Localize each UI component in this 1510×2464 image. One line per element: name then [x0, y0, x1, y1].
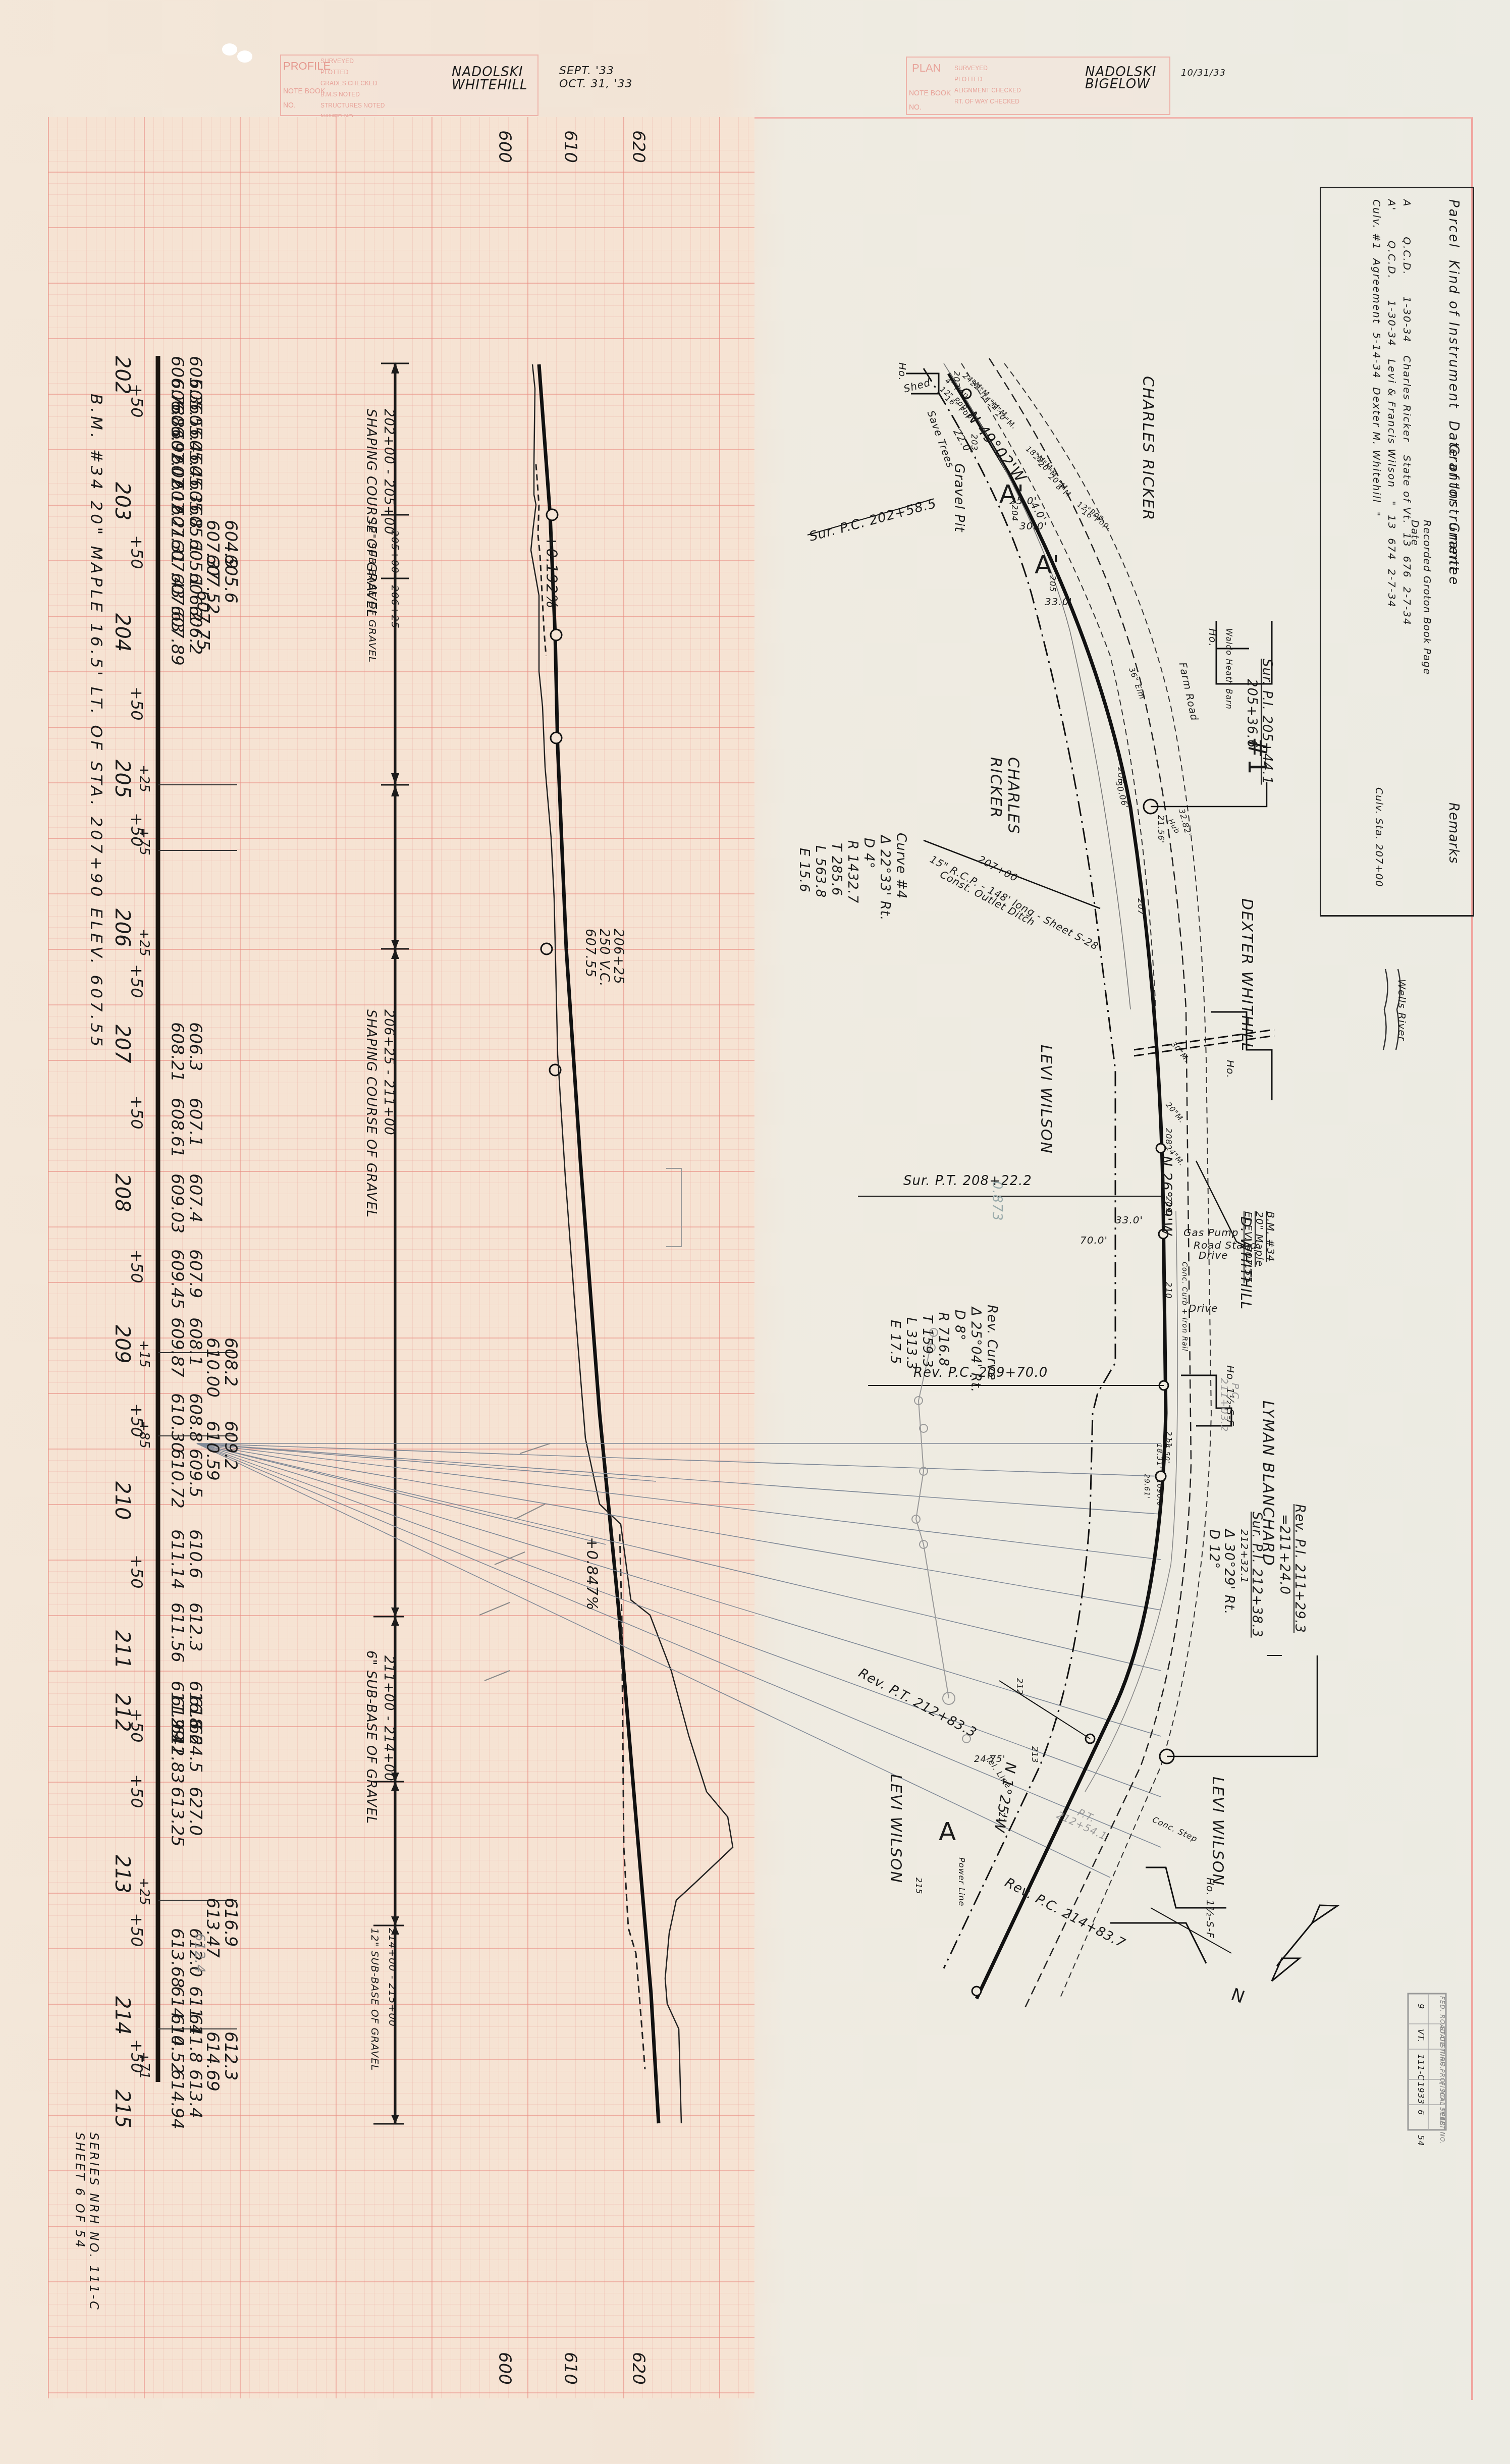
curve-4-radius: R 1432.7 [845, 840, 860, 903]
river-bank [1383, 969, 1388, 1050]
centerline-station: 208 [1164, 1128, 1173, 1145]
sur-pi-2-leader [1167, 1655, 1317, 1756]
centerline-station: 206 [1116, 767, 1125, 784]
river-label: Wells River [1396, 979, 1408, 1041]
offset-label: 21.56' [1156, 815, 1166, 843]
sur-pi-sub: 205+36.6 [1244, 679, 1259, 748]
rev-pt-leader [999, 1681, 1090, 1739]
plan-view [0, 0, 1510, 2464]
curve-4-external: E 15.6 [796, 848, 812, 893]
pencil-control-circles [912, 1328, 970, 1743]
sur-pi-2-sub: 212+32.1 [1238, 1529, 1251, 1583]
bm-plan-line2: 20" Maple [1254, 1211, 1266, 1267]
centerline-station: 205 [1048, 575, 1057, 593]
offset-label: 70.0' [1080, 1234, 1108, 1246]
owner-label: LEVI WILSON [1209, 1777, 1226, 1886]
offset-label: 29.61' [1143, 1474, 1151, 1499]
centerline-station: 214 [997, 1812, 1007, 1829]
rev-pi-sub: =211+24.0 [1277, 1514, 1292, 1595]
centerline-station: 215 [914, 1878, 924, 1895]
offset-label: 30.0' [1019, 520, 1047, 532]
sur-pt-label: Sur. P.T. 208+22.2 [903, 1173, 1032, 1189]
north-arrow-icon [1272, 1905, 1337, 1981]
fed-block-header: STATE [1439, 2026, 1446, 2047]
gravel-pit-label: Gravel Pit [951, 463, 966, 532]
fed-block-header: SHEET NO. [1439, 2107, 1446, 2145]
house-label: Ho. [1207, 628, 1219, 647]
owner-label: DEXTER WHITHILL [1238, 898, 1256, 1052]
curve-4-degree: D 4° [861, 838, 876, 869]
gas-pump-label: Gas Pump [1183, 1226, 1238, 1239]
pencil-pc-label: P.C. [1229, 1383, 1242, 1403]
rev-pi-label: Rev. P.I. 211+29.3 [1292, 1504, 1307, 1633]
bm-plan-line3: ELEV. 607.55 [1243, 1211, 1255, 1283]
pencil-pc-sub: 211+03.2 [1218, 1378, 1230, 1432]
fed-block-value: 111-C [1416, 2054, 1426, 2080]
fed-block-value: 54 [1416, 2135, 1426, 2146]
fed-block-value: 1933 [1416, 2082, 1426, 2105]
house-label: Ho. 1½-S-F [1204, 1878, 1216, 1939]
centerline-station: 204 [1010, 505, 1019, 522]
centerline-station: 202 [952, 371, 961, 388]
power-line-label: Power Line [957, 1857, 966, 1906]
curve-4-title: Curve #4 [893, 833, 908, 899]
offset-label: 1090.0' [1155, 1479, 1163, 1509]
owner-label: CHARLES RICKER [987, 757, 1022, 777]
fed-block-value: 9 [1416, 2004, 1426, 2009]
curve-4-delta: Δ 22°33' Rt. [877, 835, 892, 921]
sur-pi-label: Sur. P.I. 205+44.1 [1259, 659, 1274, 785]
centerline-station: 207 [1136, 898, 1146, 916]
curve-4-length: L 563.8 [813, 845, 828, 898]
parcel-label: A [939, 1817, 956, 1846]
sur-pi-2-label: Sur. P.I. 212+38.3 [1249, 1512, 1264, 1638]
owner-label: LEVI WILSON [1037, 1045, 1055, 1154]
curb-label: Conc. Curb + Iron Rail [1180, 1262, 1189, 1352]
bm-plan-line1: B.M. #34 [1265, 1211, 1277, 1262]
centerline-station: 210 [1164, 1282, 1173, 1299]
drive-label: Drive [1199, 1249, 1228, 1261]
curve-4-tangent: T 285.6 [829, 843, 844, 896]
fed-block-value: VT. [1416, 2029, 1426, 2043]
house-label: Ho. [1224, 1060, 1236, 1079]
sur-pi-leader [1151, 782, 1267, 807]
centerline-station: 213 [1030, 1746, 1040, 1763]
rev-curve-radius: R 716.8 [936, 1312, 951, 1367]
owner-label: LEVI WILSON [887, 1774, 904, 1884]
house-label: Ho. [896, 362, 908, 381]
pencil-grade-note: 0.873 [989, 1181, 1004, 1221]
centerline-station: 203 [969, 434, 979, 451]
rev-pc-label: Rev. P.C. 209+70.0 [913, 1365, 1048, 1380]
barn-label: Waldo Heath Barn [1224, 628, 1234, 710]
centerline-station: 211 [1164, 1431, 1173, 1448]
rev-curve-external: E 17.5 [887, 1320, 902, 1365]
rev-curve-degree: D 8° [952, 1310, 967, 1341]
offset-label: 33.0' [1045, 596, 1072, 608]
sur-pi-2-delta: Δ 30°29' Rt. [1221, 1529, 1236, 1615]
drive-label: Drive [1189, 1302, 1218, 1314]
sur-pi-2-degree: D 12° [1206, 1529, 1221, 1569]
owner-label: CHARLES RICKER [1139, 376, 1157, 521]
centerline-station: 212 [1015, 1678, 1024, 1695]
rev-curve-tangent: T 159.3 [920, 1315, 935, 1368]
drawing-sheet: PROFILE NOTE BOOK NO. SURVEYED PLOTTED G… [0, 0, 1510, 2464]
fed-block-value: 6 [1416, 2110, 1426, 2115]
existing-road-edge [961, 363, 1156, 1009]
offset-label: 33.0' [1115, 1214, 1143, 1226]
offset-label: 18.31' [1155, 1443, 1163, 1469]
offset-label: 24.75' [974, 1754, 1005, 1764]
rev-curve-length: L 313.3 [903, 1317, 919, 1370]
centerline-station: 209 [1164, 1196, 1173, 1213]
rev-pc-2-leader [1151, 1908, 1231, 1953]
